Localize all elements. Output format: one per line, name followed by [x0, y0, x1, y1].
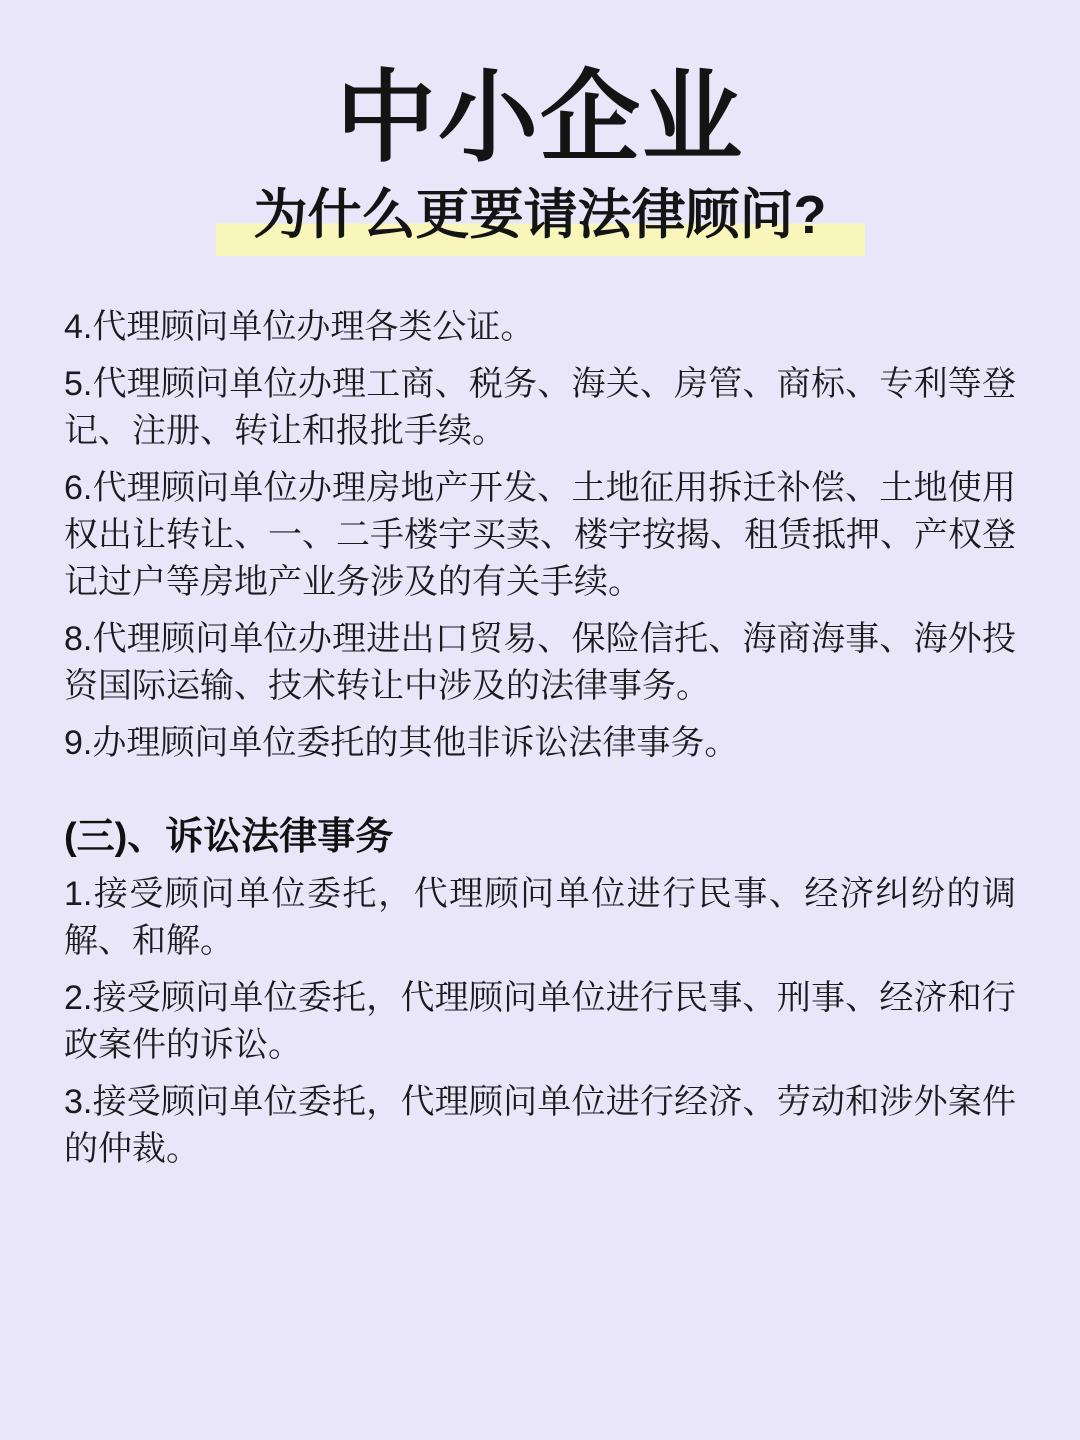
page-title: 中小企业: [0, 62, 1080, 174]
litigation-item-2: 2.接受顾问单位委托，代理顾问单位进行民事、刑事、经济和行政案件的诉讼。: [64, 975, 1016, 1069]
list-item-6: 6.代理顾问单位办理房地产开发、土地征用拆迁补偿、土地使用权出让转让、一、二手楼…: [64, 465, 1016, 606]
header: 中小企业 为什么更要请法律顾问?: [0, 0, 1080, 256]
body-text: 4.代理顾问单位办理各类公证。 5.代理顾问单位办理工商、税务、海关、房管、商标…: [64, 304, 1016, 1173]
subtitle-row: 为什么更要请法律顾问?: [0, 184, 1080, 256]
section-heading-litigation: (三)、诉讼法律事务: [64, 813, 1016, 861]
list-item-4: 4.代理顾问单位办理各类公证。: [64, 304, 1016, 351]
list-item-8: 8.代理顾问单位办理进出口贸易、保险信托、海商海事、海外投资国际运输、技术转让中…: [64, 616, 1016, 710]
litigation-item-3: 3.接受顾问单位委托，代理顾问单位进行经济、劳动和涉外案件的仲裁。: [64, 1079, 1016, 1173]
list-item-5: 5.代理顾问单位办理工商、税务、海关、房管、商标、专利等登记、注册、转让和报批手…: [64, 361, 1016, 455]
page-subtitle: 为什么更要请法律顾问?: [216, 184, 865, 256]
litigation-item-1: 1.接受顾问单位委托，代理顾问单位进行民事、经济纠纷的调解、和解。: [64, 871, 1016, 965]
infographic-page: 中小企业 为什么更要请法律顾问? 4.代理顾问单位办理各类公证。 5.代理顾问单…: [0, 0, 1080, 1440]
list-item-9: 9.办理顾问单位委托的其他非诉讼法律事务。: [64, 720, 1016, 767]
